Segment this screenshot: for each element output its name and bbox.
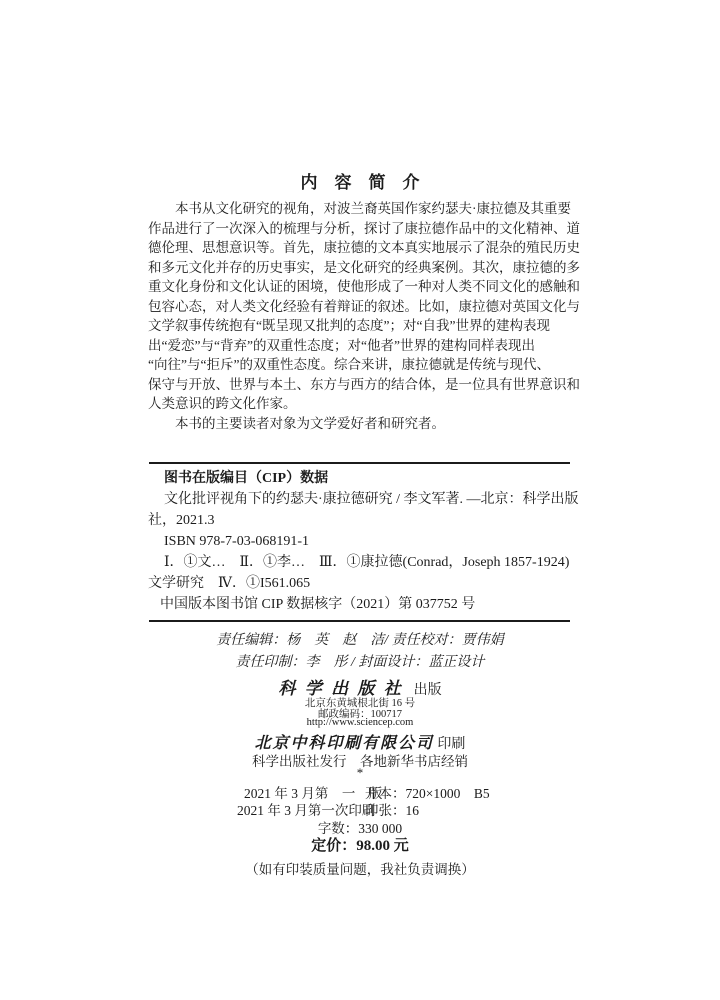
price: 定价：98.00 元 bbox=[0, 834, 720, 855]
page-title: 内 容 简 介 bbox=[0, 168, 720, 193]
summary-line: 作品进行了一次深入的梳理与分析，探讨了康拉德作品中的文化精神、道 bbox=[148, 219, 574, 239]
summary-line: 人类意识的跨文化作家。 bbox=[148, 394, 574, 414]
summary-line: 本书的主要读者对象为文学爱好者和研究者。 bbox=[148, 414, 574, 434]
summary-line: 德伦理、思想意识等。首先，康拉德的文本真实地展示了混杂的殖民历史 bbox=[148, 238, 574, 258]
summary-line: 和多元文化并存的历史事实，是文化研究的经典案例。其次，康拉德的多 bbox=[148, 258, 574, 278]
summary-line: 包容心态，对人类文化经验有着辩证的叙述。比如，康拉德对英国文化与 bbox=[148, 297, 574, 317]
divider-top bbox=[149, 462, 570, 464]
summary-line: 出“爱恋”与“背弃”的双重性态度；对“他者”世界的建构同样表现出 bbox=[148, 336, 574, 356]
cip-heading: 图书在版编目（CIP）数据 bbox=[148, 468, 574, 489]
summary-line: 重文化身份和文化认证的困境，使他形成了一种对人类不同文化的感触和 bbox=[148, 277, 574, 297]
summary-line: 本书从文化研究的视角，对波兰裔英国作家约瑟夫·康拉德及其重要 bbox=[148, 199, 574, 219]
cip-entry-line2: 社，2021.3 bbox=[148, 510, 574, 531]
cip-data-block: 图书在版编目（CIP）数据 文化批评视角下的约瑟夫·康拉德研究 / 李文军著. … bbox=[148, 468, 574, 615]
staff-credits: 责任编辑：杨 英 赵 洁/ 责任校对：贾伟娟 责任印制：李 彤 / 封面设计：蓝… bbox=[0, 630, 720, 674]
copyright-page: 内 容 简 介 本书从文化研究的视角，对波兰裔英国作家约瑟夫·康拉德及其重要 作… bbox=[0, 0, 720, 1000]
quality-notice: （如有印装质量问题，我社负责调换） bbox=[0, 858, 720, 878]
content-summary: 本书从文化研究的视角，对波兰裔英国作家约瑟夫·康拉德及其重要 作品进行了一次深入… bbox=[148, 199, 574, 433]
staff-printing-design: 责任印制：李 彤 / 封面设计：蓝正设计 bbox=[0, 652, 720, 674]
cip-classification-line2: 文学研究 Ⅳ．①I561.065 bbox=[148, 573, 574, 594]
cip-isbn: ISBN 978-7-03-068191-1 bbox=[148, 531, 574, 552]
separator-star: * bbox=[0, 765, 720, 781]
summary-line: 文学叙事传统抱有“既呈现又批判的态度”；对“自我”世界的建构表现 bbox=[148, 316, 574, 336]
cip-classification-line1: Ⅰ．①文… Ⅱ．①李… Ⅲ．①康拉德(Conrad，Joseph 1857-19… bbox=[148, 552, 574, 573]
cip-entry-line1: 文化批评视角下的约瑟夫·康拉德研究 / 李文军著. —北京：科学出版 bbox=[148, 489, 574, 510]
printing-date: 2021 年 3 月第一次印刷 bbox=[237, 799, 375, 819]
staff-editors: 责任编辑：杨 英 赵 洁/ 责任校对：贾伟娟 bbox=[0, 630, 720, 652]
divider-bottom bbox=[149, 620, 570, 622]
publisher-website: http://www.sciencep.com bbox=[0, 717, 720, 728]
summary-line: 保守与开放、世界与本土、东方与西方的结合体，是一位具有世界意识和 bbox=[148, 375, 574, 395]
cip-record-number: 中国版本图书馆 CIP 数据核字（2021）第 037752 号 bbox=[148, 594, 574, 615]
summary-line: “向往”与“拒斥”的双重性态度。综合来讲，康拉德就是传统与现代、 bbox=[148, 355, 574, 375]
printed-sheets: 印张：16 bbox=[365, 799, 419, 819]
